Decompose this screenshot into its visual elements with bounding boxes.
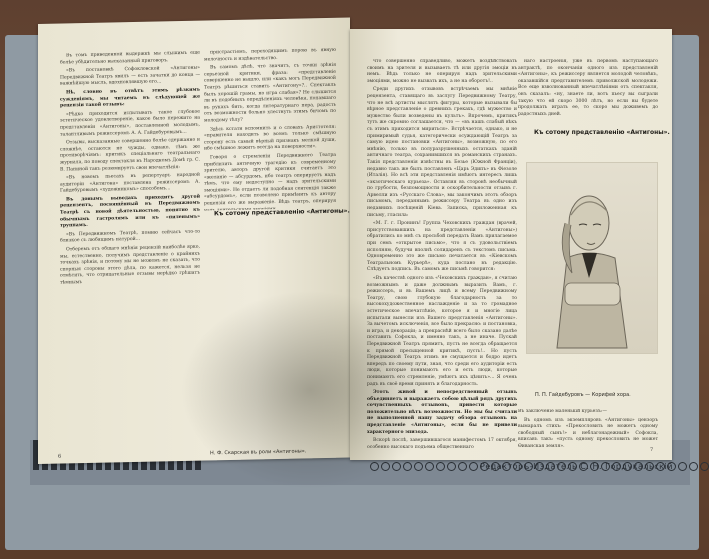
- paragraph: Отзывы, высказанные совершенно болѣе сде…: [60, 138, 200, 174]
- paragraph: Въ донымъ выводахъ приходитъ другой реце…: [60, 194, 200, 230]
- left-page: Въ томъ приведенной выдержкѣ мы слышимъ …: [38, 17, 350, 464]
- paragraph: «Рѣдко приходится испытывать такое глубо…: [60, 109, 200, 138]
- paragraph: Здѣсь кстати вспомнить и о словахъ Арист…: [204, 124, 336, 153]
- left-section-heading: Къ сотому представленію «Антигоны».: [214, 207, 350, 217]
- paragraph: Въ томъ приведенной выдержкѣ мы слышимъ …: [60, 51, 200, 67]
- left-page-column-1: Въ томъ приведенной выдержкѣ мы слышимъ …: [60, 51, 200, 454]
- page-number-left: 6: [58, 454, 61, 460]
- left-photo-caption: Н. Ф. Скарская въ роли «Антигоны».: [210, 448, 306, 456]
- closing-title: Въ заключеніе маленькій курьезъ:—: [518, 409, 658, 416]
- portrait-man-icon: [527, 163, 657, 353]
- right-page-column-1: что совершенно справедливо, можетъ воздѣ…: [367, 59, 517, 454]
- paragraph: «Въ постановкѣ Софокловской «Антигоны» П…: [60, 66, 200, 89]
- paragraph: Отберемъ отъ общаго мнѣнія рецензій наиб…: [60, 245, 200, 287]
- closing-text: Въ одномъ изъ экземпляровъ «Антигоны» це…: [518, 418, 658, 451]
- paragraph: Говоря о стремленіи Передвижного Театра …: [204, 153, 336, 211]
- paragraph: Этотъ живой и непосредственный отзывъ об…: [367, 390, 517, 436]
- paragraph: «Въ качествѣ одного изъ «Чеховскихъ граж…: [367, 276, 517, 388]
- portrait-caption: П. П. Гайдебуровъ — Корифей хора.: [535, 392, 631, 398]
- closing-anecdote: Въ заключеніе маленькій курьезъ:— Въ одн…: [518, 409, 658, 454]
- paragraph: Среди другихъ отзывовъ встрѣчаемъ мы мнѣ…: [367, 87, 517, 219]
- right-section-heading: Къ сотому представленію «Антигоны».: [534, 129, 670, 136]
- right-page-column-2: наго настроенія, уже въ первомъ наступаю…: [518, 59, 658, 129]
- paragraph: «М. Г. г. Пронинъ! Группа Чеховскихъ гра…: [367, 221, 517, 274]
- paragraph: «Въ Передвижномъ Театрѣ, помню сейчасъ ч…: [60, 229, 200, 245]
- portrait-illustration: [526, 162, 658, 354]
- cover-footer-editor: Редакторъ-Издатель С. Н. Гордукальскій: [480, 462, 673, 471]
- paragraph: наго настроенія, уже въ первомъ наступаю…: [518, 59, 658, 118]
- paragraph: пристрастіемъ, переходящимъ порою въ явн…: [204, 48, 336, 64]
- paragraph: что совершенно справедливо, можетъ воздѣ…: [367, 59, 517, 85]
- left-page-column-2: пристрастіемъ, переходящимъ порою въ явн…: [204, 48, 336, 211]
- page-number-right: 7: [650, 447, 653, 453]
- paragraph: Въ самомъ дѣлѣ, что значитъ, съ точки зр…: [204, 63, 336, 125]
- paragraph: «Въ новомъ пьесахъ въ репертуаръ народно…: [60, 173, 200, 196]
- paragraph: Вскорѣ послѣ, завершившагося манифестомъ…: [367, 438, 517, 451]
- paragraph: Нѣ, словно въ отвѣтъ этимъ рѣзкимъ сужде…: [60, 88, 200, 111]
